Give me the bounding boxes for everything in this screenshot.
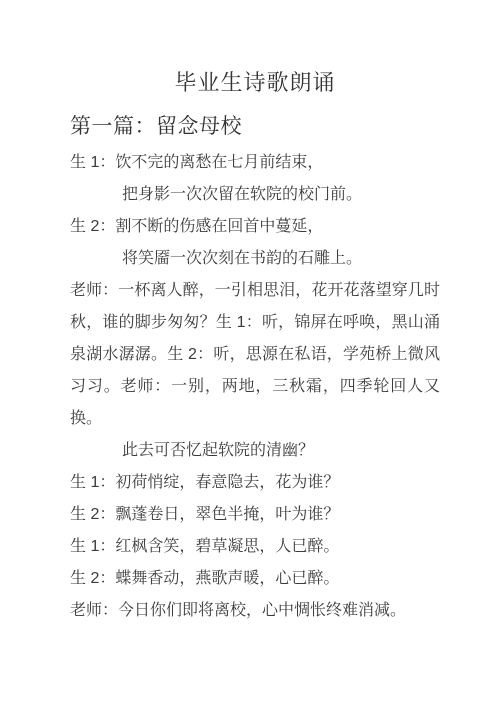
script-line-teacher: 老师：今日你们即将离校，心中惆怅终难消减。 [70,595,440,627]
script-line-student1: 生 1：红枫含笑，碧草凝思，人已醉。 [70,531,440,563]
script-line-student1: 生 1：初荷悄绽，春意隐去，花为谁？ [70,467,440,499]
script-line-student1: 生 1：饮不完的离愁在七月前结束， [70,147,440,179]
script-line-continuation: 把身影一次次留在软院的校门前。 [70,179,440,211]
script-line-refrain: 此去可否忆起软院的清幽？ [70,435,440,467]
document-page: 毕业生诗歌朗诵 第一篇：留念母校 生 1：饮不完的离愁在七月前结束， 把身影一次… [0,0,500,707]
script-content: 生 1：饮不完的离愁在七月前结束， 把身影一次次留在软院的校门前。 生 2：割不… [70,147,440,627]
script-line-student2: 生 2：蝶舞香动，燕歌声暖，心已醉。 [70,563,440,595]
script-line-continuation: 将笑靥一次次刻在书韵的石雕上。 [70,243,440,275]
script-line-student2: 生 2：割不断的伤感在回首中蔓延， [70,211,440,243]
script-line-teacher-verse: 老师：一杯离人醉，一引相思泪，花开花落望穿几时秋，谁的脚步匆匆？生 1：听，锦屏… [70,275,440,435]
section-heading: 第一篇：留念母校 [70,114,440,140]
script-line-student2: 生 2：飘蓬卷日，翠色半掩，叶为谁？ [70,499,440,531]
page-title: 毕业生诗歌朗诵 [70,69,440,97]
